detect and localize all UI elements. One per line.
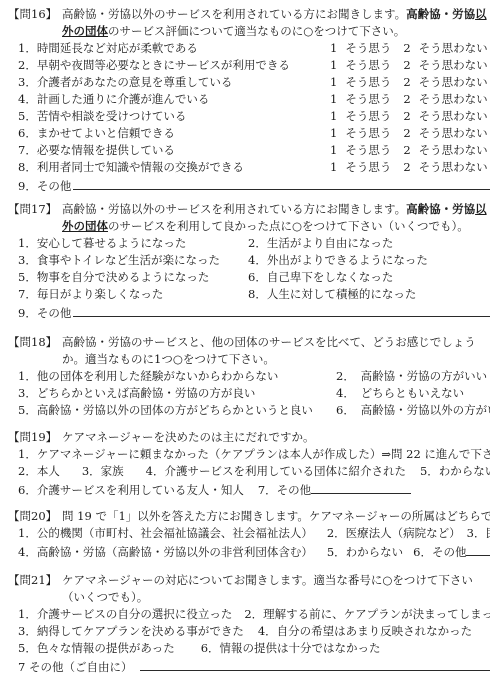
intro-lead-text: 高齢協・労協以外のサービスを利用されている方にお聞きします。 <box>62 7 406 21</box>
disagree-label: そう思わない <box>419 74 488 91</box>
item-text: 5．苦情や相談を受けつけている <box>18 108 330 125</box>
q19-option-line-3: 6．介護サービスを利用している友人・知人 7．その他 <box>8 480 490 499</box>
agree-number: 1 <box>330 40 337 57</box>
intro-bold-text: 高齢協・労協 <box>406 202 475 216</box>
agree-label: そう思う <box>345 40 391 57</box>
question-18-header: 【問18】 高齢協・労協のサービスと、他の団体のサービスを比べて、どうお感じでし… <box>8 334 490 368</box>
other-option-label: 6．その他 <box>413 544 466 561</box>
other-option-label: 7 その他（ご自由に） <box>18 659 132 676</box>
item-text: 4．外出がよりできるようになった <box>248 252 490 269</box>
question-19: 【問19】 ケアマネージャーを決めたのは主にだれですか。 1．ケアマネージャーに… <box>8 429 490 499</box>
question-16-label: 【問16】 <box>8 6 62 23</box>
survey-page: 【問16】 高齢協・労協以外のサービスを利用されている方にお聞きします。高齢協・… <box>0 0 500 676</box>
item-text: 8．人生に対して積極的になった <box>248 286 490 303</box>
question-19-header: 【問19】 ケアマネージャーを決めたのは主にだれですか。 <box>8 429 490 446</box>
question-20-label: 【問20】 <box>8 508 62 525</box>
q21-option-line-2: 3．納得してケアプランを決める事ができた 4．自分の希望はあまり反映されなかった <box>8 623 490 640</box>
q17-other-row: 9．その他 <box>8 303 490 322</box>
item-text: 6．介護サービスを利用している友人・知人 <box>18 482 244 499</box>
item-text: 3．納得してケアプランを決める事ができた <box>18 623 244 640</box>
item-text: 4． どちらともいえない <box>336 385 490 402</box>
disagree-number: 2 <box>403 40 410 57</box>
q16-item-row: 1．時間延長など対応が柔軟である 1そう思う2そう思わない <box>18 40 490 57</box>
q21-option-line-4: 7 その他（ご自由に） <box>8 657 490 676</box>
disagree-label: そう思わない <box>419 40 488 57</box>
item-text: 5．色々な情報の提供があった <box>18 640 175 657</box>
question-21: 【問21】 ケアマネージャーの対応についてお聞きします。適当な番号に○をつけて下… <box>8 572 490 676</box>
item-text: 7．毎日がより楽しくなった <box>18 286 248 303</box>
item-text: 3．民間企業 <box>467 525 490 542</box>
question-16-items: 1．時間延長など対応が柔軟である 1そう思う2そう思わない 2．早朝や夜間等必要… <box>8 40 490 195</box>
item-text: 2．理解する前に、ケアプランが決まってしまった <box>244 606 490 623</box>
item-text: 1．介護サービスの自分の選択に役立った <box>18 606 232 623</box>
intro-text: 高齢協・労協のサービスと、他の団体のサービスを比べて、どうお感じでしょうか。適当… <box>62 335 476 366</box>
agree-number: 1 <box>330 142 337 159</box>
question-20-header: 【問20】 問 19 で「1」以外を答えた方にお聞きします。ケアマネージャーの所… <box>8 508 490 525</box>
fill-in-blank <box>73 176 490 190</box>
rating-scale: 1そう思う2そう思わない <box>330 125 490 142</box>
question-16-intro: 高齢協・労協以外のサービスを利用されている方にお聞きします。高齢協・労協以外の団… <box>62 6 490 40</box>
disagree-label: そう思わない <box>419 108 488 125</box>
item-text: 6．まかせてよいと信頼できる <box>18 125 330 142</box>
disagree-number: 2 <box>403 159 410 176</box>
agree-number: 1 <box>330 57 337 74</box>
question-17-intro: 高齢協・労協以外のサービスを利用されている方にお聞きします。高齢協・労協以外の団… <box>62 201 490 235</box>
item-text: 6．情報の提供は十分ではなかった <box>201 640 381 657</box>
question-21-intro: ケアマネージャーの対応についてお聞きします。適当な番号に○をつけて下さい（いくつ… <box>62 572 490 606</box>
agree-number: 1 <box>330 91 337 108</box>
intro-text: ケアマネージャーを決めたのは主にだれですか。 <box>62 430 315 444</box>
question-18-items: 1．他の団体を利用した経験がないからわからない 2． 高齢協・労協の方がいい 3… <box>8 368 490 419</box>
question-19-label: 【問19】 <box>8 429 62 446</box>
agree-number: 1 <box>330 108 337 125</box>
agree-label: そう思う <box>345 57 391 74</box>
q16-item-row: 6．まかせてよいと信頼できる 1そう思う2そう思わない <box>18 125 490 142</box>
question-16: 【問16】 高齢協・労協以外のサービスを利用されている方にお聞きします。高齢協・… <box>8 6 490 195</box>
item-text: 3．どちらかといえば高齢協・労協の方が良い <box>18 385 336 402</box>
disagree-number: 2 <box>403 74 410 91</box>
disagree-label: そう思わない <box>419 142 488 159</box>
agree-label: そう思う <box>345 91 391 108</box>
question-16-header: 【問16】 高齢協・労協以外のサービスを利用されている方にお聞きします。高齢協・… <box>8 6 490 40</box>
rating-scale: 1そう思う2そう思わない <box>330 74 490 91</box>
question-21-header: 【問21】 ケアマネージャーの対応についてお聞きします。適当な番号に○をつけて下… <box>8 572 490 606</box>
question-17-items: 1．安心して暮せるようになった 2．生活がより自由になった 3．食事やトイレなど… <box>8 235 490 303</box>
item-text: 5．高齢協・労協以外の団体の方がどちらかというと良い <box>18 402 336 419</box>
item-text: 1．時間延長など対応が柔軟である <box>18 40 330 57</box>
q16-item-row: 2．早朝や夜間等必要なときにサービスが利用できる 1そう思う2そう思わない <box>18 57 490 74</box>
rating-scale: 1そう思う2そう思わない <box>330 91 490 108</box>
rating-scale: 1そう思う2そう思わない <box>330 159 490 176</box>
item-text: 1．ケアマネージャーに頼まなかった（ケアプランは本人が作成した）⇒問 22 に進… <box>18 446 490 463</box>
item-text: 1．他の団体を利用した経験がないからわからない <box>18 368 336 385</box>
disagree-number: 2 <box>403 91 410 108</box>
item-text: 2．医療法人（病院など） <box>327 525 461 542</box>
disagree-number: 2 <box>403 142 410 159</box>
fill-in-blank <box>140 657 490 671</box>
agree-number: 1 <box>330 159 337 176</box>
item-text: 3．介護者があなたの意見を尊重している <box>18 74 330 91</box>
intro-text: 問 19 で「1」以外を答えた方にお聞きします。ケアマネージャーの所属はどちらで… <box>62 509 490 523</box>
question-17-label: 【問17】 <box>8 201 62 218</box>
question-18-label: 【問18】 <box>8 334 62 351</box>
item-text: 4．計画した通りに介護が進んでいる <box>18 91 330 108</box>
rating-scale: 1そう思う2そう思わない <box>330 108 490 125</box>
intro-tail-text: のサービス評価について適当なものに○をつけて下さい。 <box>108 24 405 38</box>
agree-label: そう思う <box>345 142 391 159</box>
item-text: 2．生活がより自由になった <box>248 235 490 252</box>
item-text: 5．わからない <box>327 544 403 561</box>
question-18-intro: 高齢協・労協のサービスと、他の団体のサービスを比べて、どうお感じでしょうか。適当… <box>62 334 490 368</box>
disagree-number: 2 <box>403 125 410 142</box>
q16-item-row: 8．利用者同士で知識や情報の交換ができる 1そう思う2そう思わない <box>18 159 490 176</box>
question-20: 【問20】 問 19 で「1」以外を答えた方にお聞きします。ケアマネージャーの所… <box>8 508 490 561</box>
item-text: 5．物事を自分で決めるようになった <box>18 269 248 286</box>
intro-bold-text: 高齢協・労協 <box>406 7 475 21</box>
intro-text: ケアマネージャーの対応についてお聞きします。適当な番号に○をつけて下さい（いくつ… <box>62 573 473 604</box>
q20-option-line-1: 1．公的機関（市町村、社会福祉協議会、社会福祉法人） 2．医療法人（病院など） … <box>8 525 490 542</box>
agree-label: そう思う <box>345 108 391 125</box>
disagree-label: そう思わない <box>419 159 488 176</box>
rating-scale: 1そう思う2そう思わない <box>330 40 490 57</box>
intro-lead-text: 高齢協・労協以外のサービスを利用されている方にお聞きします。 <box>62 202 406 216</box>
question-20-intro: 問 19 で「1」以外を答えた方にお聞きします。ケアマネージャーの所属はどちらで… <box>62 508 490 525</box>
fill-in-blank <box>311 480 411 494</box>
fill-in-blank <box>73 303 490 317</box>
question-19-intro: ケアマネージャーを決めたのは主にだれですか。 <box>62 429 490 446</box>
other-option-label: 9．その他 <box>18 305 71 322</box>
item-text: 4．自分の希望はあまり反映されなかった <box>258 623 472 640</box>
agree-label: そう思う <box>345 159 391 176</box>
item-text: 3．食事やトイレなど生活が楽になった <box>18 252 248 269</box>
q16-item-row: 3．介護者があなたの意見を尊重している 1そう思う2そう思わない <box>18 74 490 91</box>
item-text: 8．利用者同士で知識や情報の交換ができる <box>18 159 330 176</box>
q20-option-line-2: 4．高齢協・労協（高齢協・労協以外の非営利団体含む） 5．わからない 6．その他 <box>8 542 490 561</box>
q19-option-line-2: 2．本人 3．家族 4．介護サービスを利用している団体に紹介された 5．わからな… <box>8 463 490 480</box>
q16-other-row: 9．その他 <box>18 176 490 195</box>
fill-in-blank <box>466 542 490 556</box>
agree-number: 1 <box>330 74 337 91</box>
intro-tail-text: のサービスを利用して良かった点に○をつけて下さい（いくつでも）。 <box>108 219 469 233</box>
question-17: 【問17】 高齢協・労協以外のサービスを利用されている方にお聞きします。高齢協・… <box>8 201 490 322</box>
question-18: 【問18】 高齢協・労協のサービスと、他の団体のサービスを比べて、どうお感じでし… <box>8 334 490 419</box>
item-text: 2．早朝や夜間等必要なときにサービスが利用できる <box>18 57 330 74</box>
agree-label: そう思う <box>345 74 391 91</box>
other-option-label: 7．その他 <box>258 482 311 499</box>
question-17-header: 【問17】 高齢協・労協以外のサービスを利用されている方にお聞きします。高齢協・… <box>8 201 490 235</box>
q19-option-line-1: 1．ケアマネージャーに頼まなかった（ケアプランは本人が作成した）⇒問 22 に進… <box>8 446 490 463</box>
q16-item-row: 7．必要な情報を提供している 1そう思う2そう思わない <box>18 142 490 159</box>
item-text: 2．本人 <box>18 463 60 480</box>
item-text: 6． 高齢協・労協以外の方がいい <box>336 402 490 419</box>
q21-option-line-3: 5．色々な情報の提供があった 6．情報の提供は十分ではなかった <box>8 640 490 657</box>
disagree-label: そう思わない <box>419 125 488 142</box>
rating-scale: 1そう思う2そう思わない <box>330 57 490 74</box>
item-text: 5．わからない <box>420 463 490 480</box>
other-option-label: 9．その他 <box>18 178 71 195</box>
disagree-label: そう思わない <box>419 91 488 108</box>
item-text: 1．安心して暮せるようになった <box>18 235 248 252</box>
agree-label: そう思う <box>345 125 391 142</box>
disagree-number: 2 <box>403 108 410 125</box>
disagree-label: そう思わない <box>419 57 488 74</box>
disagree-number: 2 <box>403 57 410 74</box>
q21-option-line-1: 1．介護サービスの自分の選択に役立った 2．理解する前に、ケアプランが決まってし… <box>8 606 490 623</box>
item-text: 2． 高齢協・労協の方がいい <box>336 368 490 385</box>
item-text: 3．家族 <box>82 463 124 480</box>
question-21-label: 【問21】 <box>8 572 62 589</box>
q16-item-row: 5．苦情や相談を受けつけている 1そう思う2そう思わない <box>18 108 490 125</box>
item-text: 7．必要な情報を提供している <box>18 142 330 159</box>
item-text: 6．自己卑下をしなくなった <box>248 269 490 286</box>
item-text: 1．公的機関（市町村、社会福祉協議会、社会福祉法人） <box>18 525 313 542</box>
item-text: 4．高齢協・労協（高齢協・労協以外の非営利団体含む） <box>18 544 313 561</box>
item-text: 4．介護サービスを利用している団体に紹介された <box>146 463 406 480</box>
agree-number: 1 <box>330 125 337 142</box>
rating-scale: 1そう思う2そう思わない <box>330 142 490 159</box>
q16-item-row: 4．計画した通りに介護が進んでいる 1そう思う2そう思わない <box>18 91 490 108</box>
